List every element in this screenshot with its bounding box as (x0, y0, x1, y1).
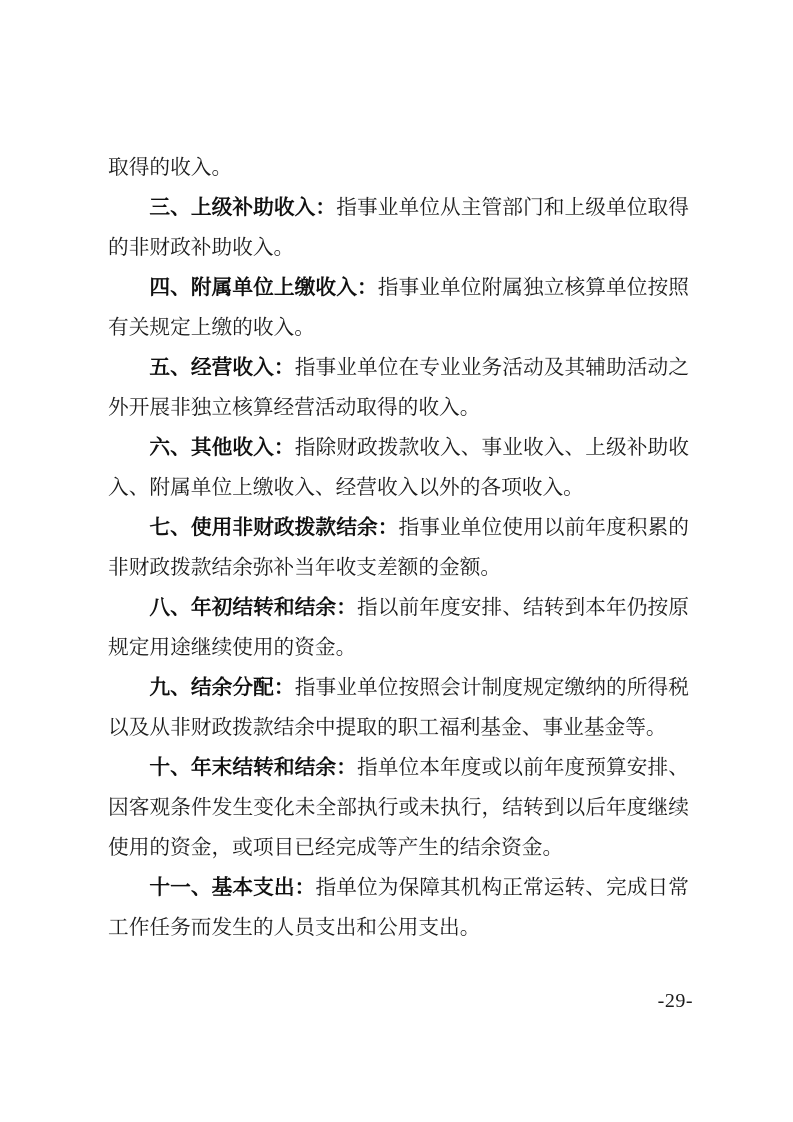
paragraph-item-4: 四、附属单位上缴收入：指事业单位附属独立核算单位按照有关规定上缴的收入。 (108, 268, 689, 348)
paragraph-heading: 三、上级补助收入： (149, 197, 336, 219)
paragraph-continuation: 取得的收入。 (108, 148, 689, 188)
document-page: 取得的收入。 三、上级补助收入：指事业单位从主管部门和上级单位取得的非财政补助收… (0, 0, 793, 1122)
paragraph-text: 取得的收入。 (108, 157, 232, 179)
paragraph-item-3: 三、上级补助收入：指事业单位从主管部门和上级单位取得的非财政补助收入。 (108, 188, 689, 268)
paragraph-heading: 四、附属单位上缴收入： (149, 277, 377, 299)
paragraph-item-8: 八、年初结转和结余：指以前年度安排、结转到本年仍按原规定用途继续使用的资金。 (108, 588, 689, 668)
paragraph-item-11: 十一、基本支出：指单位为保障其机构正常运转、完成日常工作任务而发生的人员支出和公… (108, 868, 689, 948)
paragraph-item-9: 九、结余分配：指事业单位按照会计制度规定缴纳的所得税以及从非财政拨款结余中提取的… (108, 668, 689, 748)
paragraph-heading: 五、经营收入： (149, 357, 294, 379)
paragraph-heading: 九、结余分配： (149, 677, 294, 699)
paragraph-item-10: 十、年末结转和结余：指单位本年度或以前年度预算安排、因客观条件发生变化未全部执行… (108, 748, 689, 868)
paragraph-heading: 六、其他收入： (149, 437, 294, 459)
paragraph-item-5: 五、经营收入：指事业单位在专业业务活动及其辅助活动之外开展非独立核算经营活动取得… (108, 348, 689, 428)
paragraph-item-7: 七、使用非财政拨款结余：指事业单位使用以前年度积累的非财政拨款结余弥补当年收支差… (108, 508, 689, 588)
paragraph-item-6: 六、其他收入：指除财政拨款收入、事业收入、上级补助收入、附属单位上缴收入、经营收… (108, 428, 689, 508)
paragraph-heading: 十、年末结转和结余： (149, 757, 357, 779)
paragraph-heading: 十一、基本支出： (149, 877, 315, 899)
paragraph-heading: 七、使用非财政拨款结余： (149, 517, 398, 539)
page-number: -29- (658, 991, 693, 1011)
paragraph-heading: 八、年初结转和结余： (149, 597, 357, 619)
document-body: 取得的收入。 三、上级补助收入：指事业单位从主管部门和上级单位取得的非财政补助收… (108, 148, 689, 948)
